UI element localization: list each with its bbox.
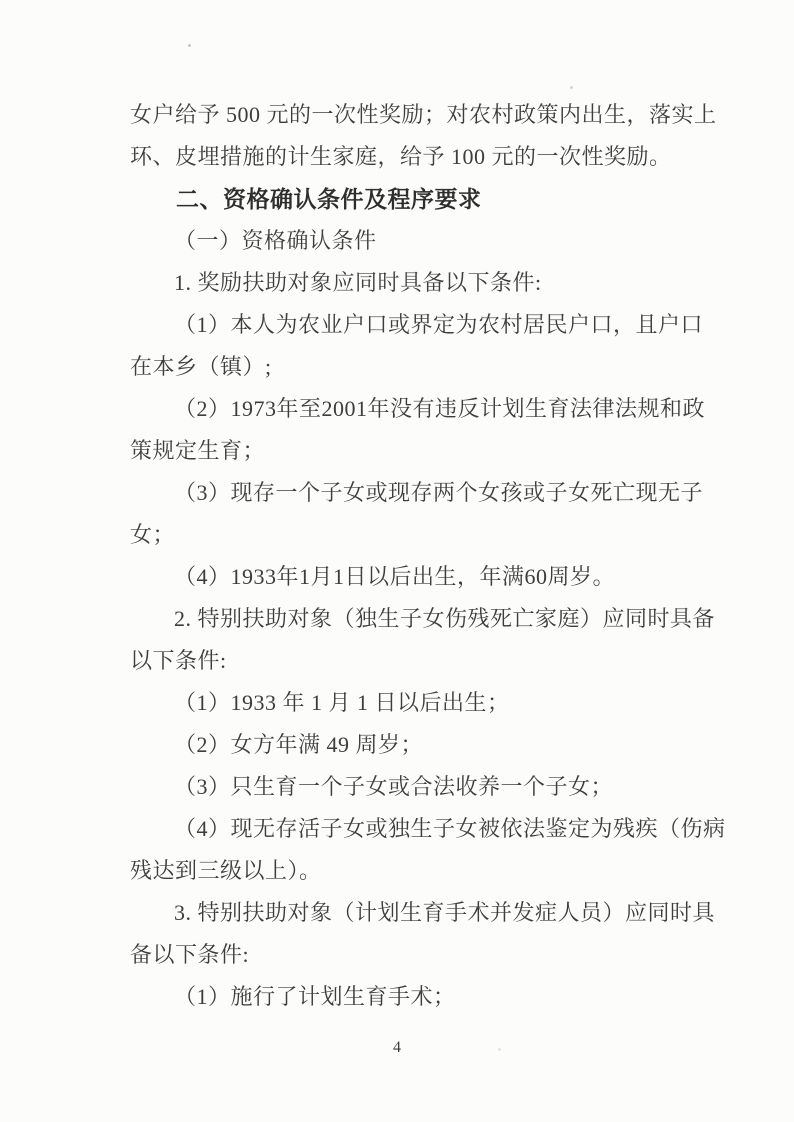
text-line: （1）施行了计划生育手术；: [130, 976, 670, 1018]
paragraph-continuation: 女户给予 500 元的一次性奖励；对农村政策内出生，落实上 环、皮埋措施的计生家…: [130, 94, 670, 178]
text-line: （1）1933 年 1 月 1 日以后出生；: [130, 682, 670, 724]
text-line: （3）现存一个子女或现存两个女孩或子女死亡现无子: [130, 472, 670, 514]
paragraph-condition-2-4: （4）现无存活子女或独生子女被依法鉴定为残疾（伤病 残达到三级以上）。: [130, 808, 670, 892]
paragraph-condition-2-3: （3）只生育一个子女或合法收养一个子女；: [130, 766, 670, 808]
text-line: 女户给予 500 元的一次性奖励；对农村政策内出生，落实上: [130, 94, 670, 136]
text-line: （4）1933年1月1日以后出生，年满60周岁。: [130, 556, 670, 598]
paragraph-condition-3-1: （1）施行了计划生育手术；: [130, 976, 670, 1018]
text-line: 残达到三级以上）。: [130, 850, 670, 892]
text-line: 在本乡（镇）;: [130, 346, 670, 388]
sub-heading-text: （一）资格确认条件: [130, 220, 670, 262]
text-line: 2. 特别扶助对象（独生子女伤残死亡家庭）应同时具备: [130, 598, 670, 640]
text-line: 备以下条件:: [130, 934, 670, 976]
paragraph-condition-2-1: （1）1933 年 1 月 1 日以后出生；: [130, 682, 670, 724]
paragraph-condition-1-1: （1）本人为农业户口或界定为农村居民户口，且户口 在本乡（镇）;: [130, 304, 670, 388]
text-line: 1. 奖励扶助对象应同时具备以下条件:: [130, 262, 670, 304]
text-line: （2）女方年满 49 周岁；: [130, 724, 670, 766]
section-heading: 二、资格确认条件及程序要求: [130, 178, 670, 220]
paragraph-item-2: 2. 特别扶助对象（独生子女伤残死亡家庭）应同时具备 以下条件:: [130, 598, 670, 682]
page-number: 4: [0, 1036, 794, 1060]
text-line: （1）本人为农业户口或界定为农村居民户口，且户口: [130, 304, 670, 346]
document-body: 女户给予 500 元的一次性奖励；对农村政策内出生，落实上 环、皮埋措施的计生家…: [130, 94, 670, 1018]
text-line: 环、皮埋措施的计生家庭，给予 100 元的一次性奖励。: [130, 136, 670, 178]
text-line: 3. 特别扶助对象（计划生育手术并发症人员）应同时具: [130, 892, 670, 934]
paragraph-item-1: 1. 奖励扶助对象应同时具备以下条件:: [130, 262, 670, 304]
text-line: 以下条件:: [130, 640, 670, 682]
section-heading-text: 二、资格确认条件及程序要求: [130, 178, 670, 220]
paragraph-condition-1-3: （3）现存一个子女或现存两个女孩或子女死亡现无子 女；: [130, 472, 670, 556]
text-line: 女；: [130, 514, 670, 556]
text-line: （2）1973年至2001年没有违反计划生育法律法规和政: [130, 388, 670, 430]
paragraph-item-3: 3. 特别扶助对象（计划生育手术并发症人员）应同时具 备以下条件:: [130, 892, 670, 976]
paragraph-condition-1-2: （2）1973年至2001年没有违反计划生育法律法规和政 策规定生育；: [130, 388, 670, 472]
paragraph-condition-2-2: （2）女方年满 49 周岁；: [130, 724, 670, 766]
text-line: （3）只生育一个子女或合法收养一个子女；: [130, 766, 670, 808]
text-line: 策规定生育；: [130, 430, 670, 472]
document-page: 女户给予 500 元的一次性奖励；对农村政策内出生，落实上 环、皮埋措施的计生家…: [0, 0, 794, 1122]
paragraph-condition-1-4: （4）1933年1月1日以后出生，年满60周岁。: [130, 556, 670, 598]
sub-heading: （一）资格确认条件: [130, 220, 670, 262]
text-line: （4）现无存活子女或独生子女被依法鉴定为残疾（伤病: [130, 808, 670, 850]
